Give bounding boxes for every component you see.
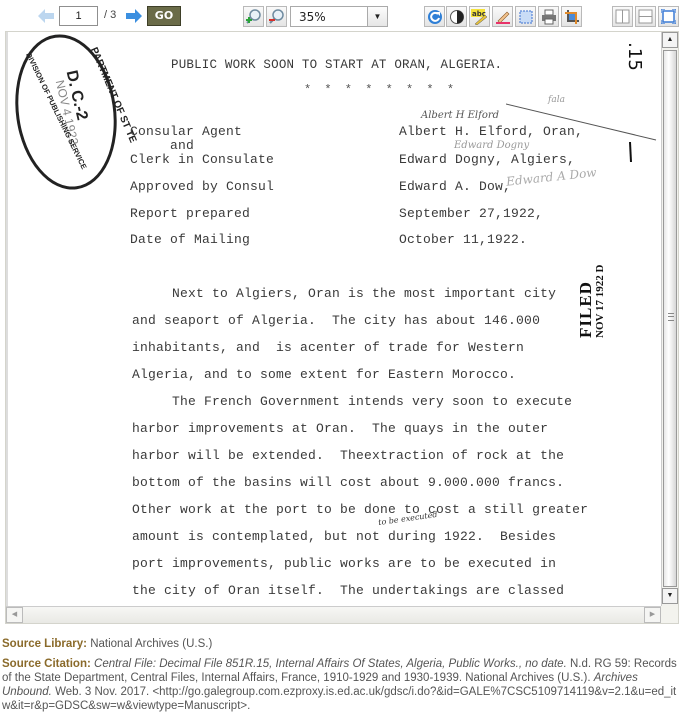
document-page-image: PARTMENT OF ST TE D. C.-2 NOV 4 1922 DIV… (6, 32, 661, 606)
scroll-down-button[interactable]: ▼ (662, 588, 678, 604)
viewer-toolbar: / 3 GO 35% ▼ abc (0, 0, 683, 32)
zoom-out-button[interactable] (266, 6, 287, 27)
rotate-icon (427, 9, 443, 25)
highlight-icon (495, 9, 511, 25)
highlight-button[interactable] (492, 6, 513, 27)
scroll-right-button[interactable]: ▶ (644, 607, 661, 623)
signature-elford: Albert H Elford (421, 110, 499, 121)
filed-stamp-label: FILED (576, 281, 595, 338)
scroll-corner (661, 606, 678, 623)
prev-page-button[interactable] (38, 9, 54, 23)
two-column-view-button[interactable] (612, 6, 633, 27)
zoom-level-value: 35% (299, 10, 326, 24)
body-line: amount is contemplated, but not during 1… (132, 529, 556, 544)
filed-stamp-date: NOV 17 1922 D (594, 265, 606, 338)
filed-stamp: FILED NOV 17 1922 D (576, 265, 606, 338)
spellcheck-button[interactable]: abc (469, 6, 490, 27)
header-value: October 11,1922. (399, 232, 527, 247)
document-title: PUBLIC WORK SOON TO START AT ORAN, ALGER… (171, 58, 502, 72)
body-line: port improvements, public works are to b… (132, 556, 556, 571)
header-label: Report prepared (130, 206, 250, 221)
crop-button[interactable] (561, 6, 582, 27)
source-library-label: Source Library: (2, 638, 87, 650)
source-library-value: National Archives (U.S.) (90, 638, 212, 650)
grip-icon (668, 313, 674, 321)
scroll-left-button[interactable]: ◀ (6, 607, 23, 623)
page-edge (6, 32, 8, 606)
vertical-scroll-thumb[interactable] (663, 50, 677, 587)
title-separator: * * * * * * * * (304, 83, 457, 97)
header-label: Clerk in Consulate (130, 152, 274, 167)
body-line: The French Government intends very soon … (132, 394, 572, 409)
chevron-down-icon[interactable]: ▼ (367, 7, 387, 26)
select-region-button[interactable] (515, 6, 536, 27)
fullscreen-icon (661, 9, 676, 24)
body-line: bottom of the basins will cost about 9.0… (132, 475, 564, 490)
signature-dow: Edward A Dow (506, 165, 598, 188)
zoom-in-icon (245, 8, 262, 25)
department-of-state-stamp: PARTMENT OF ST TE D. C.-2 NOV 4 1922 DIV… (6, 32, 126, 196)
header-value: September 27,1922, (399, 206, 543, 221)
arrow-right-icon (126, 9, 142, 23)
source-citation-block: Source Library: National Archives (U.S.)… (2, 637, 682, 713)
body-line: Other work at the port to be done to cos… (132, 502, 588, 517)
body-line: and seaport of Algeria. The city has abo… (132, 313, 540, 328)
header-label: Consular Agent (130, 124, 242, 139)
body-line: inhabitants, and is acenter of trade for… (132, 340, 524, 355)
header-label: Date of Mailing (130, 232, 250, 247)
scroll-up-button[interactable]: ▲ (662, 32, 678, 48)
crop-icon (564, 9, 580, 25)
horizontal-scrollbar[interactable]: ◀ ▶ (6, 606, 661, 623)
print-button[interactable] (538, 6, 559, 27)
citation-title: Central File: Decimal File 851R.15, Inte… (94, 658, 567, 670)
header-value: Albert H. Elford, Oran, (399, 124, 583, 139)
body-line: harbor will be extended. Theextraction o… (132, 448, 564, 463)
select-region-icon (518, 9, 534, 25)
zoom-level-select[interactable]: 35% ▼ (290, 6, 388, 27)
page-number-input[interactable] (59, 6, 98, 26)
zoom-out-icon (268, 8, 285, 25)
header-label: Approved by Consul (130, 179, 274, 194)
vertical-scrollbar[interactable]: ▲ ▼ (661, 32, 678, 606)
body-line: harbor improvements at Oran. The quays i… (132, 421, 548, 436)
file-number-annotation: .15 (624, 42, 645, 71)
source-citation-label: Source Citation: (2, 658, 91, 670)
signature-dogny: Edward Dogny (454, 140, 529, 151)
contrast-button[interactable] (446, 6, 467, 27)
contrast-icon (449, 9, 465, 25)
body-line: Next to Algiers, Oran is the most import… (132, 286, 556, 301)
two-row-view-icon (638, 9, 653, 24)
header-value: Edward Dogny, Algiers, (399, 152, 575, 167)
two-row-view-button[interactable] (635, 6, 656, 27)
print-icon (541, 9, 557, 25)
document-viewer[interactable]: PARTMENT OF ST TE D. C.-2 NOV 4 1922 DIV… (5, 31, 679, 624)
header-label: and (130, 138, 194, 153)
go-button[interactable]: GO (147, 6, 181, 26)
rotate-button[interactable] (424, 6, 445, 27)
body-line: Algeria, and to some extent for Eastern … (132, 367, 516, 382)
page-total: / 3 (104, 9, 116, 21)
citation-url: Web. 3 Nov. 2017. <http://go.galegroup.c… (2, 686, 676, 712)
spell-icon: abc (471, 9, 489, 25)
svg-text:fala: fala (547, 95, 565, 105)
body-line: the city of Oran itself. The undertaking… (132, 583, 564, 598)
zoom-in-button[interactable] (243, 6, 264, 27)
next-page-button[interactable] (126, 9, 142, 23)
fullscreen-button[interactable] (658, 6, 679, 27)
two-column-view-icon (615, 9, 630, 24)
arrow-left-icon (38, 9, 54, 23)
header-value: Edward A. Dow, (399, 179, 511, 194)
